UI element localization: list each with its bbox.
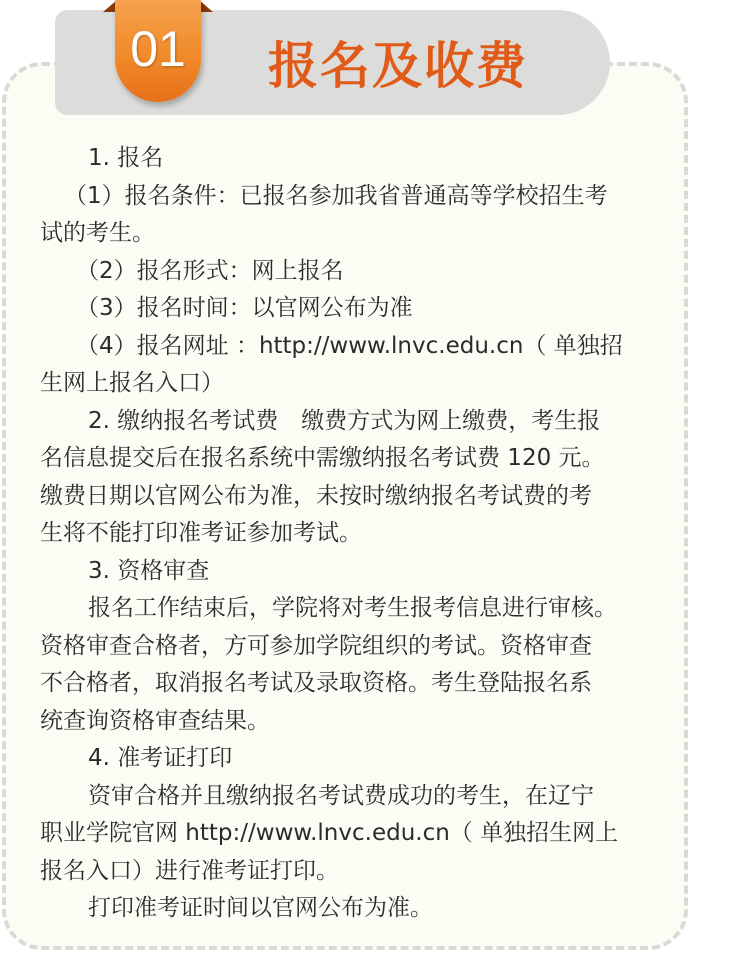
section-title: 报名及收费 xyxy=(268,36,528,96)
registration-time: （3）报名时间：以官网公布为准 xyxy=(40,290,660,328)
admission-ticket-line-3: 报名入口）进行准考证打印。 xyxy=(40,853,660,891)
registration-condition: （1）报名条件：已报名参加我省普通高等学校招生考 xyxy=(40,178,660,216)
qualification-line-4: 统查询资格审查结果。 xyxy=(40,703,660,741)
heading-admission-ticket: 4. 准考证打印 xyxy=(40,740,660,778)
registration-condition-cont: 试的考生。 xyxy=(40,215,660,253)
qualification-line-1: 报名工作结束后，学院将对考生报考信息进行审核。 xyxy=(40,590,660,628)
section-number-ribbon: 01 xyxy=(115,0,201,102)
registration-url: （4）报名网址 ：http://www.lnvc.edu.cn（ 单独招 xyxy=(40,328,660,366)
qualification-line-2: 资格审查合格者，方可参加学院组织的考试。资格审查 xyxy=(40,628,660,666)
heading-qualification-review: 3. 资格审查 xyxy=(40,553,660,591)
qualification-line-3: 不合格者，取消报名考试及录取资格。考生登陆报名系 xyxy=(40,665,660,703)
fee-payment-line-4: 生将不能打印准考证参加考试。 xyxy=(40,515,660,553)
admission-ticket-line-1: 资审合格并且缴纳报名考试费成功的考生，在辽宁 xyxy=(40,778,660,816)
admission-ticket-line-2: 职业学院官网 http://www.lnvc.edu.cn（ 单独招生网上 xyxy=(40,815,660,853)
section-number: 01 xyxy=(130,24,186,74)
fee-payment-line-2: 名信息提交后在报名系统中需缴纳报名考试费 120 元。 xyxy=(40,440,660,478)
registration-form: （2）报名形式：网上报名 xyxy=(40,253,660,291)
fee-payment-line-3: 缴费日期以官网公布为准，未按时缴纳报名考试费的考 xyxy=(40,478,660,516)
ribbon-fold-right xyxy=(199,0,213,12)
section-body: 1. 报名 （1）报名条件：已报名参加我省普通高等学校招生考 试的考生。 （2）… xyxy=(40,140,660,928)
registration-url-cont: 生网上报名入口） xyxy=(40,365,660,403)
fee-payment-line-1: 2. 缴纳报名考试费 缴费方式为网上缴费，考生报 xyxy=(40,403,660,441)
admission-ticket-line-4: 打印准考证时间以官网公布为准。 xyxy=(40,890,660,928)
heading-registration: 1. 报名 xyxy=(40,140,660,178)
